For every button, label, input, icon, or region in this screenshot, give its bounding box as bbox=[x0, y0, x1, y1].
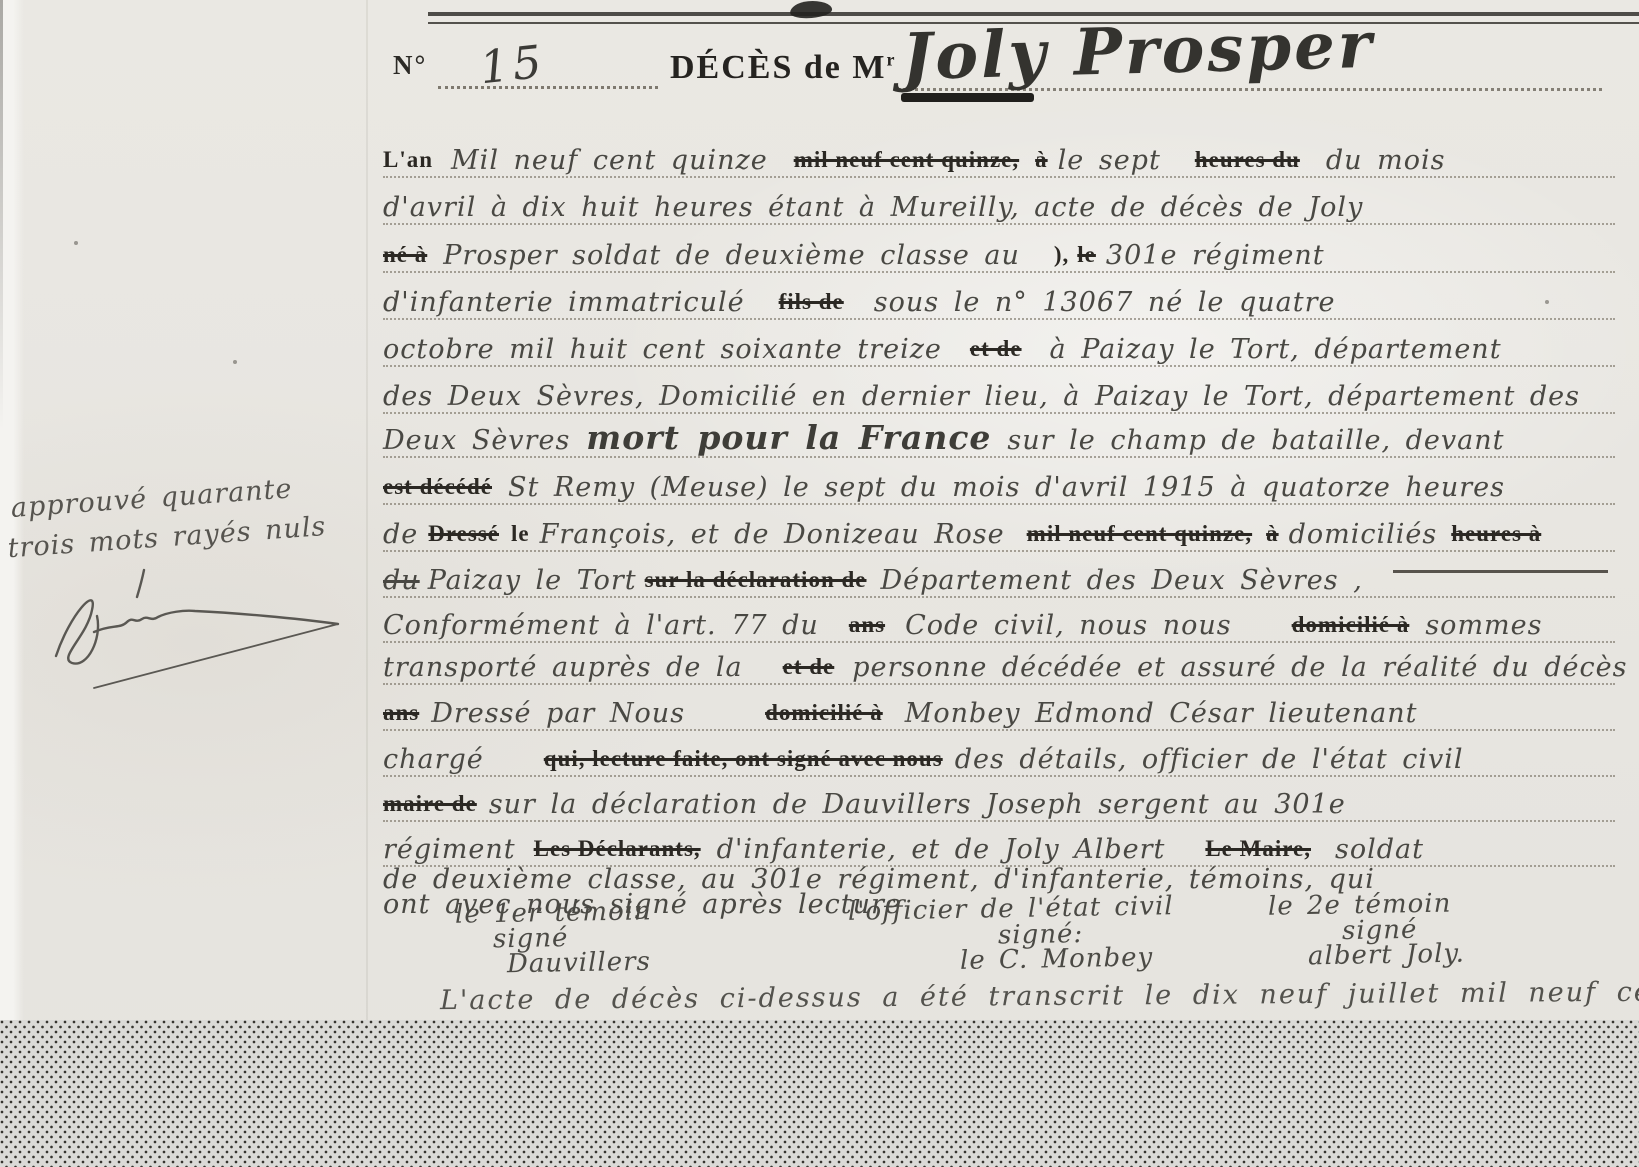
text-segment: du bbox=[383, 567, 420, 596]
paper-speck bbox=[74, 241, 78, 245]
text-segment: octobre mil huit cent soixante treize bbox=[383, 336, 942, 365]
text-segment: le bbox=[1077, 243, 1096, 271]
margin-signature-flourish bbox=[32, 556, 362, 706]
text-segment: mil neuf cent quinze, bbox=[1027, 522, 1252, 550]
text-segment: qui, lecture faite, ont signé avec nous bbox=[544, 747, 943, 775]
text-line: Deux Sèvresmort pour la Francesur le cha… bbox=[383, 413, 1615, 458]
paper-speck bbox=[233, 360, 237, 364]
text-segment: Code civil, nous nous bbox=[905, 612, 1232, 641]
text-segment: domiciliés bbox=[1289, 521, 1438, 550]
text-line: deDresséleFrançois, et de Donizeau Rosem… bbox=[383, 507, 1615, 552]
text-line: né àProsper soldat de deuxième classe au… bbox=[383, 228, 1615, 273]
text-segment: Conformément à l'art. 77 du bbox=[383, 612, 819, 641]
text-segment: Deux Sèvres bbox=[383, 427, 570, 456]
text-segment: ), bbox=[1054, 243, 1069, 271]
text-segment: sous le n° 13067 né le quatre bbox=[874, 289, 1336, 318]
transcription-footer-line: L'acte de décès ci-dessus a été transcri… bbox=[440, 977, 1630, 1016]
text-segment: sur la déclaration de bbox=[645, 568, 867, 596]
text-segment: St Remy (Meuse) le sept du mois d'avril … bbox=[508, 474, 1505, 503]
witness1-name: Dauvillers bbox=[507, 950, 652, 978]
text-segment: Département des Deux Sèvres , bbox=[880, 567, 1362, 596]
text-segment: des Deux Sèvres, Domicilié en dernier li… bbox=[383, 383, 1580, 412]
text-segment: heures à bbox=[1451, 522, 1541, 550]
signature-block-officer: l'officier de l'état civil signé: le C. … bbox=[848, 897, 1174, 972]
text-segment: ans bbox=[383, 701, 419, 729]
text-line: L'anMil neuf cent quinzemil neuf cent qu… bbox=[383, 133, 1615, 178]
scanner-halftone-band bbox=[0, 1020, 1639, 1167]
text-segment: est décédé bbox=[383, 475, 492, 503]
text-segment: heures du bbox=[1195, 148, 1300, 176]
text-line: d'infanterie immatriculéfils desous le n… bbox=[383, 275, 1615, 320]
text-segment: sommes bbox=[1425, 612, 1542, 641]
text-segment: né à bbox=[383, 243, 427, 271]
text-segment: fils de bbox=[779, 290, 844, 318]
text-line: ansDressé par Nousdomicilié àMonbey Edmo… bbox=[383, 686, 1615, 731]
text-segment: mil neuf cent quinze, bbox=[794, 148, 1019, 176]
text-segment: sur le champ de bataille, devant bbox=[1007, 427, 1504, 456]
text-segment: domicilié à bbox=[1292, 613, 1410, 641]
text-segment: François, et de Donizeau Rose bbox=[540, 521, 1005, 550]
text-segment: Dressé par Nous bbox=[431, 700, 685, 729]
text-segment: et de bbox=[783, 655, 835, 683]
officer-name: le C. Monbey bbox=[960, 945, 1174, 974]
text-line: transporté auprès de laet depersonne déc… bbox=[383, 640, 1615, 685]
signature-block-witness1: le 1er témoin signé Dauvillers bbox=[455, 901, 652, 976]
text-segment: 301e régiment bbox=[1106, 242, 1325, 271]
text-segment: transporté auprès de la bbox=[383, 654, 743, 683]
filler-rule bbox=[1393, 570, 1608, 573]
text-segment: mort pour la France bbox=[586, 421, 991, 456]
document-body: L'anMil neuf cent quinzemil neuf cent qu… bbox=[383, 0, 1615, 960]
text-segment: personne décédée et assuré de la réalité… bbox=[852, 654, 1627, 683]
scan-edge-line bbox=[0, 0, 3, 430]
text-segment: Monbey Edmond César lieutenant bbox=[905, 700, 1418, 729]
margin-annotation: approuvé quarante trois mots rayés nuls bbox=[10, 467, 328, 569]
text-line: octobre mil huit cent soixante treizeet … bbox=[383, 322, 1615, 367]
text-segment: Dressé bbox=[428, 522, 499, 550]
text-segment: d'avril à dix huit heures étant à Mureil… bbox=[383, 194, 1363, 223]
text-segment: L'an bbox=[383, 148, 433, 176]
text-line: est décédéSt Remy (Meuse) le sept du moi… bbox=[383, 460, 1615, 505]
text-segment: Mil neuf cent quinze bbox=[451, 147, 768, 176]
text-line: des Deux Sèvres, Domicilié en dernier li… bbox=[383, 369, 1615, 414]
page-fold-line bbox=[366, 0, 368, 1020]
text-segment: Prosper soldat de deuxième classe au bbox=[443, 242, 1020, 271]
text-segment: à bbox=[1266, 522, 1279, 550]
scanned-death-certificate: { "header": { "no_label": "N°", "no_valu… bbox=[0, 0, 1639, 1167]
text-segment: le sept bbox=[1058, 147, 1161, 176]
text-line: chargéqui, lecture faite, ont signé avec… bbox=[383, 732, 1615, 777]
text-segment: des détails, officier de l'état civil bbox=[955, 746, 1464, 775]
signature-block-witness2: le 2e témoin signé albert Joly. bbox=[1268, 893, 1465, 968]
text-segment: à bbox=[1035, 148, 1048, 176]
text-segment: Paizay le Tort bbox=[428, 567, 637, 596]
text-line: duPaizay le Tortsur la déclaration deDép… bbox=[383, 553, 1615, 598]
text-segment: maire de bbox=[383, 792, 477, 820]
text-segment: du mois bbox=[1326, 147, 1446, 176]
text-segment: ans bbox=[849, 613, 885, 641]
text-segment: et de bbox=[970, 337, 1022, 365]
text-line: d'avril à dix huit heures étant à Mureil… bbox=[383, 180, 1615, 225]
text-segment: domicilié à bbox=[765, 701, 883, 729]
text-line: Conformément à l'art. 77 duansCode civil… bbox=[383, 598, 1615, 643]
text-line: maire desur la déclaration de Dauvillers… bbox=[383, 777, 1615, 822]
text-segment: chargé bbox=[383, 746, 484, 775]
text-segment: sur la déclaration de Dauvillers Joseph … bbox=[489, 791, 1346, 820]
witness2-name: albert Joly. bbox=[1308, 942, 1465, 970]
text-segment: de bbox=[383, 521, 418, 550]
text-segment: d'infanterie immatriculé bbox=[383, 289, 745, 318]
text-segment: le bbox=[511, 522, 530, 550]
text-segment: à Paizay le Tort, département bbox=[1050, 336, 1502, 365]
